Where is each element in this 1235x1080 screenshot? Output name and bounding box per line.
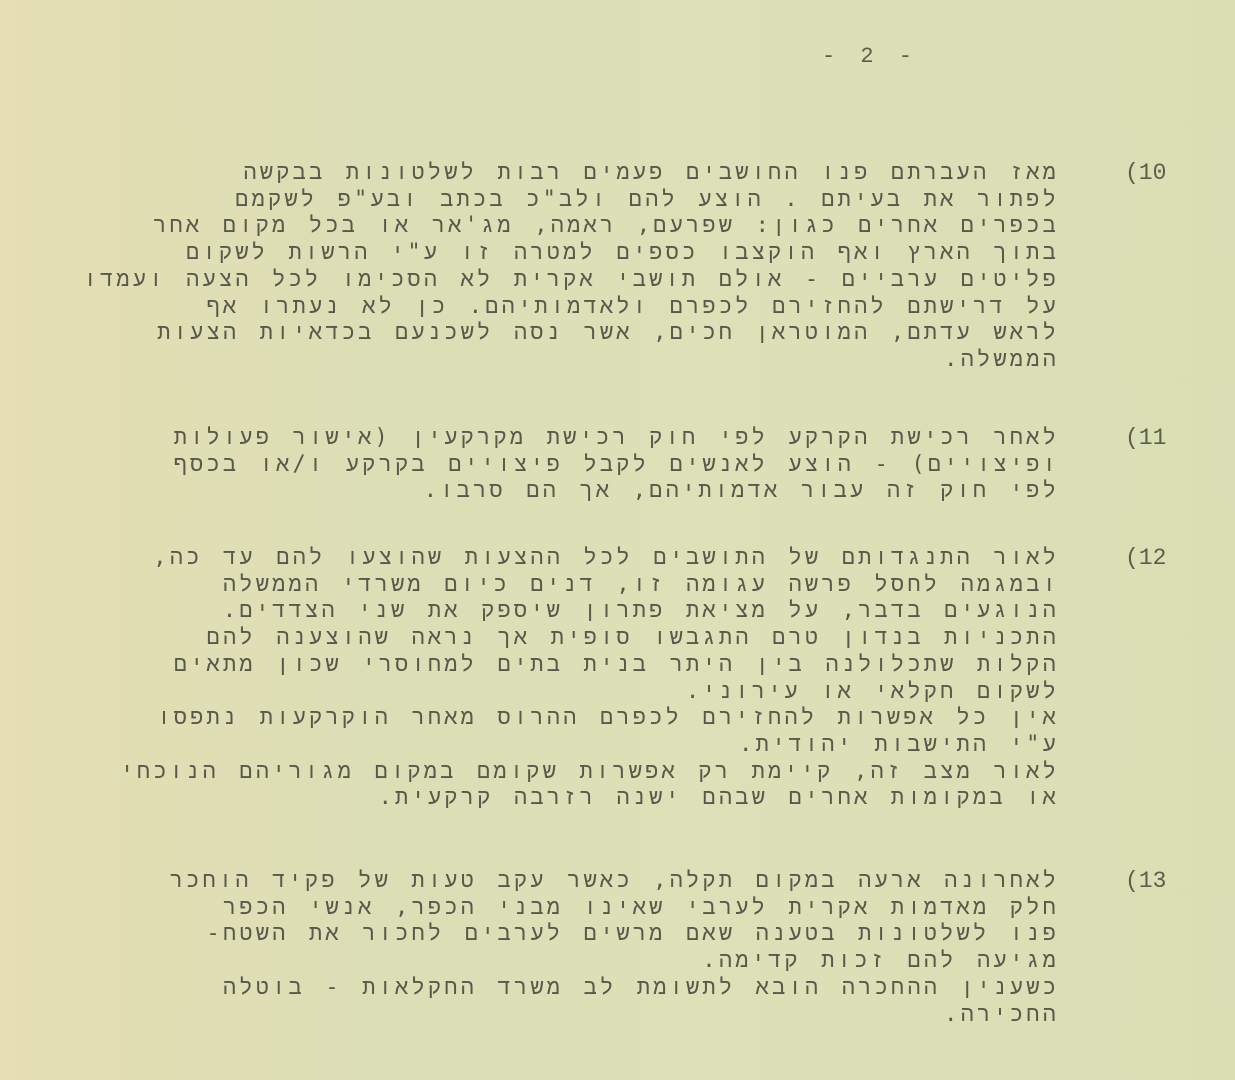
text-line: לפי חוק זה עבור אדמותיהם, אך הם סרבו. bbox=[0, 478, 1059, 505]
paragraph-number: (10 bbox=[1125, 160, 1195, 186]
text-line: לשקום חקלאי או עירוני. bbox=[0, 679, 1059, 706]
text-line: פליטים ערביים - אולם תושבי אקרית לא הסכי… bbox=[0, 267, 1059, 294]
paragraph-number: (12 bbox=[1125, 545, 1195, 571]
text-line: לפתור את בעיתם . הוצע להם ולב"כ בכתב ובע… bbox=[0, 187, 1059, 214]
paragraph-body: מאז העברתם פנו החושבים פעמים רבות לשלטונ… bbox=[0, 160, 1059, 374]
text-line: פנו לשלטונות בטענה שאם מרשים לערבים לחכו… bbox=[0, 921, 1059, 948]
paragraph-body: לאחרונה ארעה במקום תקלה, כאשר עקב טעות ש… bbox=[0, 868, 1059, 1028]
text-line: בכפרים אחרים כגון: שפרעם, ראמה, מג'אר או… bbox=[0, 213, 1059, 240]
text-line: הקלות שתכלולנה בין היתר בנית בתים למחוסר… bbox=[0, 652, 1059, 679]
text-line: ובמגמה לחסל פרשה עגומה זו, דנים כיום משר… bbox=[0, 572, 1059, 599]
paragraph-number: (11 bbox=[1125, 425, 1195, 451]
text-line: לאחרונה ארעה במקום תקלה, כאשר עקב טעות ש… bbox=[0, 868, 1059, 895]
text-line: לאור התנגדותם של התושבים לכל ההצעות שהוצ… bbox=[0, 545, 1059, 572]
text-line: הממשלה. bbox=[0, 347, 1059, 374]
text-line: כשענין ההחכרה הובא לתשומת לב משרד החקלאו… bbox=[0, 975, 1059, 1002]
text-line: על דרישתם להחזירם לכפרם ולאדמותיהם. כן ל… bbox=[0, 294, 1059, 321]
text-line: ופיצויים) - הוצע לאנשים לקבל פיצויים בקר… bbox=[0, 452, 1059, 479]
paragraph-number: (13 bbox=[1125, 868, 1195, 894]
page-number: - 2 - bbox=[820, 44, 920, 69]
text-line: לאחר רכישת הקרקע לפי חוק רכישת מקרקעין (… bbox=[0, 425, 1059, 452]
text-line: הנוגעים בדבר, על מציאת פתרון שיספק את שנ… bbox=[0, 598, 1059, 625]
text-line: חלק מאדמות אקרית לערבי שאינו מבני הכפר, … bbox=[0, 895, 1059, 922]
text-line: החכירה. bbox=[0, 1002, 1059, 1029]
text-line: לראש עדתם, המוטראן חכים, אשר נסה לשכנעם … bbox=[0, 320, 1059, 347]
text-line: בתוך הארץ ואף הוקצבו כספים למטרה זו ע"י … bbox=[0, 240, 1059, 267]
paragraph-body: לאור התנגדותם של התושבים לכל ההצעות שהוצ… bbox=[0, 545, 1059, 812]
document-page: - 2 - (10 מאז העברתם פנו החושבים פעמים ר… bbox=[0, 0, 1235, 1080]
text-line: אין כל אפשרות להחזירם לכפרם ההרוס מאחר ה… bbox=[0, 705, 1059, 732]
text-line: לאור מצב זה, קיימת רק אפשרות שקומם במקום… bbox=[0, 759, 1059, 786]
text-line: מאז העברתם פנו החושבים פעמים רבות לשלטונ… bbox=[0, 160, 1059, 187]
text-line: ע"י התישבות יהודית. bbox=[0, 732, 1059, 759]
text-line: התכניות בנדון טרם התגבשו סופית אך נראה ש… bbox=[0, 625, 1059, 652]
text-line: או במקומות אחרים שבהם ישנה רזרבה קרקעית. bbox=[0, 785, 1059, 812]
text-line: מגיעה להם זכות קדימה. bbox=[0, 948, 1059, 975]
paragraph-body: לאחר רכישת הקרקע לפי חוק רכישת מקרקעין (… bbox=[0, 425, 1059, 505]
